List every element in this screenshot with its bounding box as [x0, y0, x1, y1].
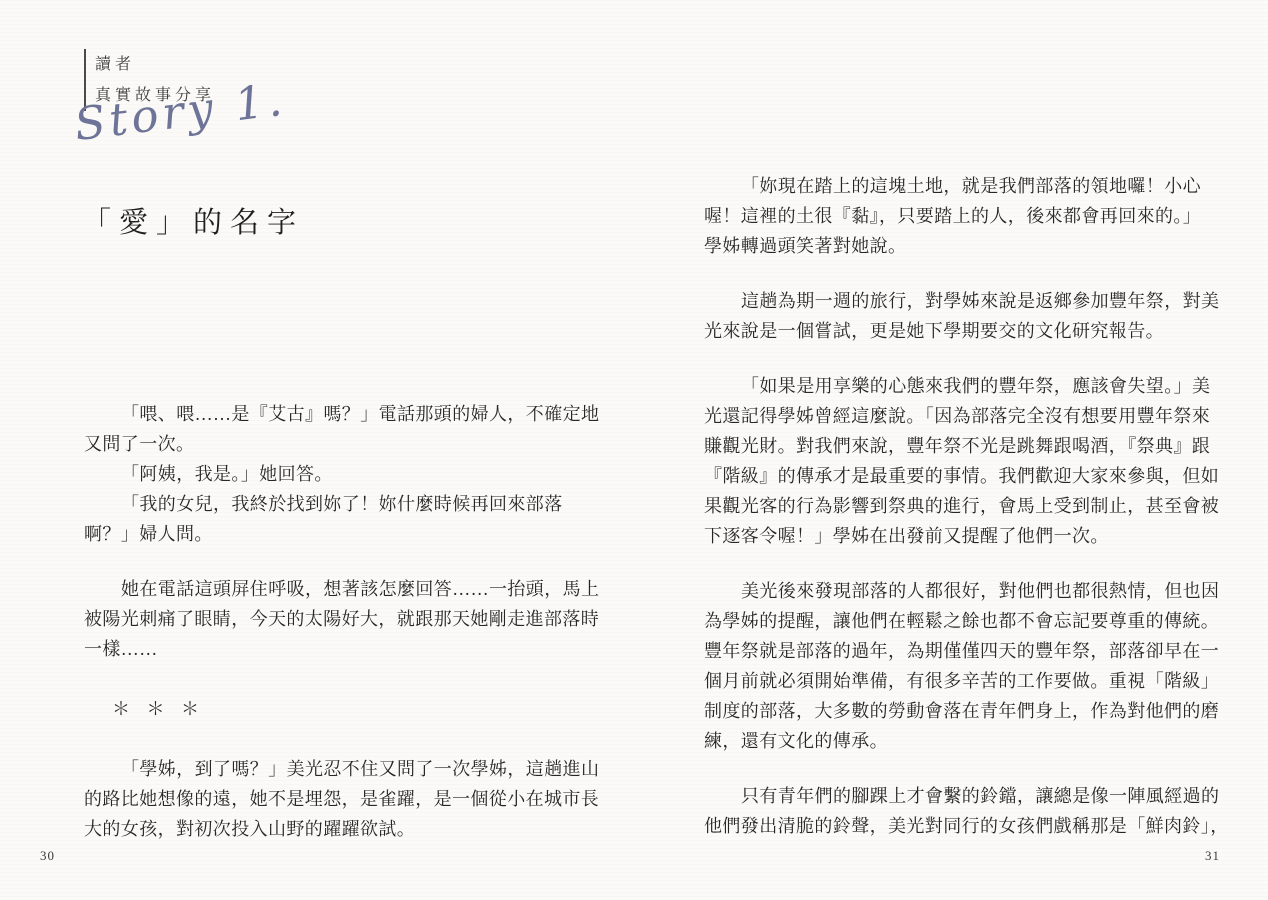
paragraph-group: 美光後來發現部落的人都很好，對他們也都很熱情，但也因 為學姊的提醒，讓他們在輕鬆… — [704, 576, 1226, 756]
text-line: 學姊轉過頭笑著對她說。 — [704, 231, 1226, 261]
text-line: 『階級』的傳承才是最重要的事情。我們歡迎大家來參與，但如 — [704, 461, 1226, 491]
left-page-body: 「喂、喂……是『艾古』嗎？」電話那頭的婦人，不確定地 又問了一次。 「阿姨，我是… — [84, 399, 606, 844]
text-line: 賺觀光財。對我們來說，豐年祭不光是跳舞跟喝酒，『祭典』跟 — [704, 431, 1226, 461]
paragraph-group: 她在電話這頭屏住呼吸，想著該怎麼回答……一抬頭，馬上 被陽光刺痛了眼睛，今天的太… — [84, 574, 606, 664]
text-line: 她在電話這頭屏住呼吸，想著該怎麼回答……一抬頭，馬上 — [84, 574, 606, 604]
text-line: 「學姊，到了嗎？」美光忍不住又問了一次學姊，這趟進山 — [84, 754, 606, 784]
separator-line: ＊ ＊ ＊ — [84, 694, 606, 724]
text-line: 下逐客令喔！」學姊在出發前又提醒了他們一次。 — [704, 521, 1226, 551]
paragraph-group: 「喂、喂……是『艾古』嗎？」電話那頭的婦人，不確定地 又問了一次。 「阿姨，我是… — [84, 399, 606, 549]
text-line: 他們發出清脆的鈴聲，美光對同行的女孩們戲稱那是「鮮肉鈴」， — [704, 811, 1226, 841]
paragraph-group: 「學姊，到了嗎？」美光忍不住又問了一次學姊，這趟進山 的路比她想像的遠，她不是埋… — [84, 754, 606, 844]
text-line: 又問了一次。 — [84, 429, 606, 459]
paragraph-group: 這趟為期一週的旅行，對學姊來說是返鄉參加豐年祭，對美 光來說是一個嘗試，更是她下… — [704, 286, 1226, 346]
text-line: 被陽光刺痛了眼睛，今天的太陽好大，就跟那天她剛走進部落時 — [84, 604, 606, 634]
text-line: 「如果是用享樂的心態來我們的豐年祭，應該會失望。」美 — [704, 371, 1226, 401]
text-line: 制度的部落，大多數的勞動會落在青年們身上，作為對他們的磨 — [704, 696, 1226, 726]
text-line: 的路比她想像的遠，她不是埋怨，是雀躍，是一個從小在城市長 — [84, 784, 606, 814]
text-line: 啊？」婦人問。 — [84, 519, 606, 549]
text-line: 美光後來發現部落的人都很好，對他們也都很熱情，但也因 — [704, 576, 1226, 606]
text-line: 「喂、喂……是『艾古』嗎？」電話那頭的婦人，不確定地 — [84, 399, 606, 429]
text-line: 光還記得學姊曾經這麼說。「因為部落完全沒有想要用豐年祭來 — [704, 401, 1226, 431]
text-line: 果觀光客的行為影響到祭典的進行，會馬上受到制止，甚至會被 — [704, 491, 1226, 521]
page-number-right: 31 — [1205, 848, 1220, 864]
text-line: 一樣…… — [84, 634, 606, 664]
text-line: 為學姊的提醒，讓他們在輕鬆之餘也都不會忘記要尊重的傳統。 — [704, 606, 1226, 636]
text-line: 這趟為期一週的旅行，對學姊來說是返鄉參加豐年祭，對美 — [704, 286, 1226, 316]
chapter-title: 「愛」的名字 — [82, 200, 304, 241]
asterisk-separator: ＊ ＊ ＊ — [84, 694, 606, 724]
text-line: 「妳現在踏上的這塊土地，就是我們部落的領地囉！小心 — [704, 171, 1226, 201]
text-line: 只有青年們的腳踝上才會繫的鈴鐺，讓總是像一陣風經過的 — [704, 781, 1226, 811]
text-line: 個月前就必須開始準備，有很多辛苦的工作要做。重視「階級」 — [704, 666, 1226, 696]
eyebrow-line-1: 讀者 — [95, 49, 215, 80]
paragraph-group: 只有青年們的腳踝上才會繫的鈴鐺，讓總是像一陣風經過的 他們發出清脆的鈴聲，美光對… — [704, 781, 1226, 841]
text-line: 喔！這裡的土很『黏』，只要踏上的人，後來都會再回來的。」 — [704, 201, 1226, 231]
paragraph-group: 「妳現在踏上的這塊土地，就是我們部落的領地囉！小心 喔！這裡的土很『黏』，只要踏… — [704, 171, 1226, 261]
paragraph-group: 「如果是用享樂的心態來我們的豐年祭，應該會失望。」美 光還記得學姊曾經這麼說。「… — [704, 371, 1226, 551]
text-line: 「阿姨，我是。」她回答。 — [84, 459, 606, 489]
text-line: 練，還有文化的傳承。 — [704, 726, 1226, 756]
text-line: 大的女孩，對初次投入山野的躍躍欲試。 — [84, 814, 606, 844]
text-line: 光來說是一個嘗試，更是她下學期要交的文化研究報告。 — [704, 316, 1226, 346]
text-line: 豐年祭就是部落的過年，為期僅僅四天的豐年祭，部落卻早在一 — [704, 636, 1226, 666]
right-page-body: 「妳現在踏上的這塊土地，就是我們部落的領地囉！小心 喔！這裡的土很『黏』，只要踏… — [704, 171, 1226, 841]
text-line: 「我的女兒，我終於找到妳了！妳什麼時候再回來部落 — [84, 489, 606, 519]
page-number-left: 30 — [40, 848, 55, 864]
